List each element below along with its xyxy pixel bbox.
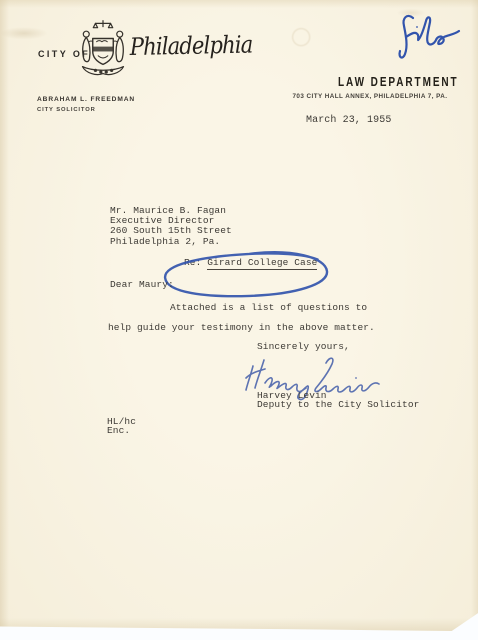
body-line-2: help guide your testimony in the above m… bbox=[108, 323, 375, 333]
department-title: LAW DEPARTMENT bbox=[338, 75, 459, 89]
subject-circle-annotation: circle around subject bbox=[158, 245, 336, 301]
signer-title: Deputy to the City Solicitor bbox=[257, 400, 419, 410]
city-script-title: Philadelphia bbox=[130, 31, 253, 61]
enclosure-note: Enc. bbox=[107, 426, 130, 436]
letter-date: March 23, 1955 bbox=[306, 116, 391, 126]
file-handwritten-note: file bbox=[397, 9, 465, 61]
official-name: ABRAHAM L. FREEDMAN bbox=[37, 96, 135, 103]
city-seal-icon: CITY OF bbox=[76, 19, 130, 85]
body-line-1: Attached is a list of questions to bbox=[170, 303, 367, 313]
recipient-block: Mr. Maurice B. Fagan Executive Director … bbox=[110, 206, 232, 247]
official-title: CITY SOLICITOR bbox=[37, 107, 96, 113]
department-address: 703 CITY HALL ANNEX, PHILADELPHIA 7, PA. bbox=[281, 93, 459, 100]
letter-page: CITY OF CITY OF bbox=[0, 0, 478, 640]
salutation: Dear Maury: bbox=[110, 280, 174, 290]
